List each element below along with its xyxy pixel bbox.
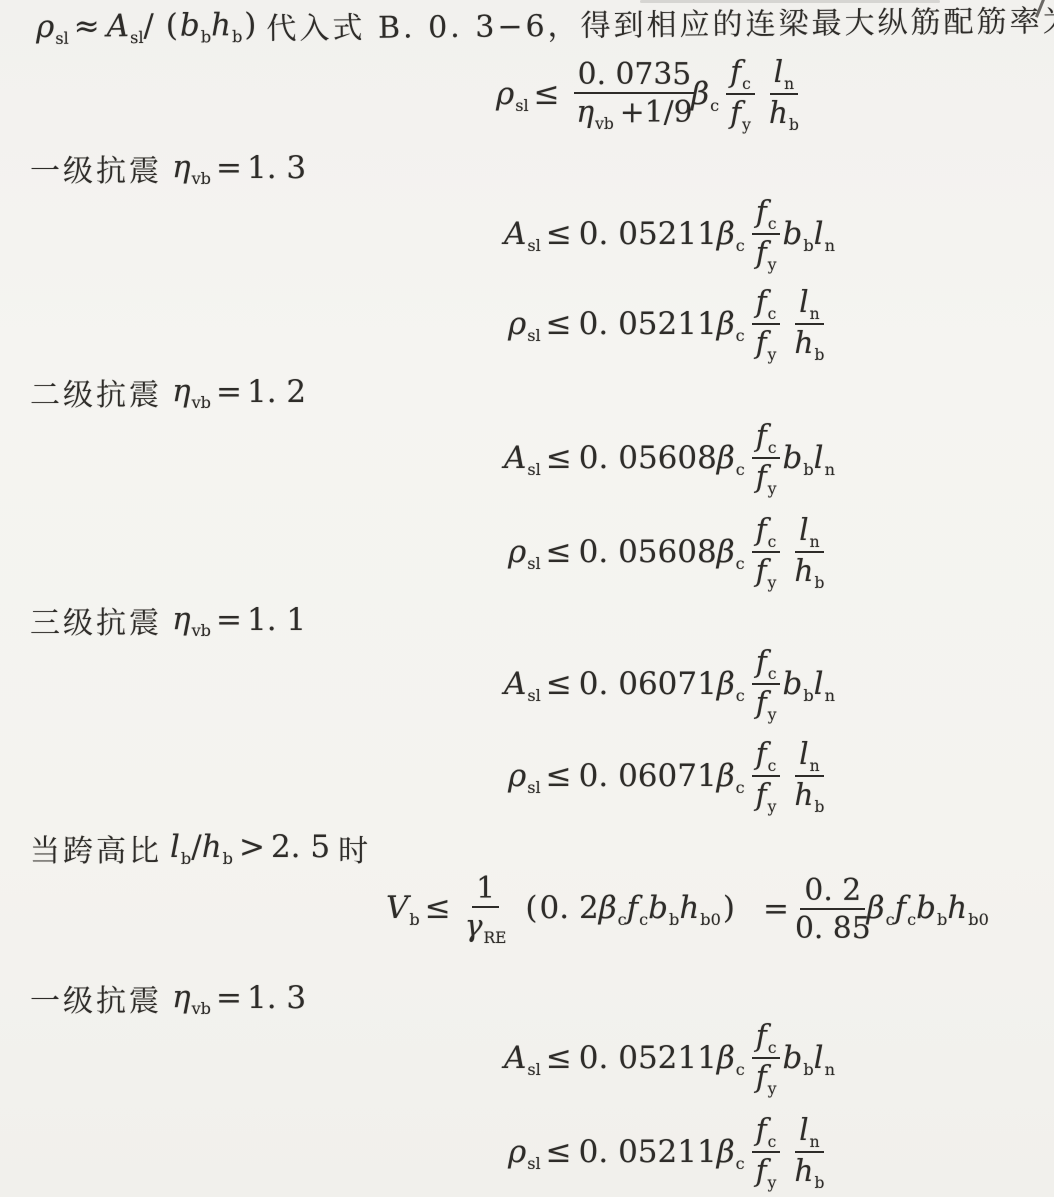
equals-sign: = — [216, 150, 242, 186]
var-f: f — [756, 1019, 767, 1054]
var-A: A — [504, 1040, 526, 1076]
var-h: h — [794, 778, 813, 813]
grade-value: 1. 1 — [247, 602, 306, 638]
grade-label-4: 一级抗震 ηvb = 1. 3 — [30, 976, 306, 1020]
sub-c: c — [768, 215, 777, 233]
var-eta: η — [172, 373, 191, 409]
var-f: f — [730, 55, 741, 90]
sub-y: y — [768, 480, 777, 498]
var-b: b — [782, 216, 802, 252]
condition-tail-text: 时 — [338, 826, 371, 870]
approx-sign: ≈ — [73, 8, 99, 44]
sub-c: c — [768, 305, 777, 323]
leq-sign: ≤ — [546, 306, 572, 342]
var-b: b — [782, 666, 802, 702]
var-beta: β — [599, 890, 617, 926]
sub-b: b — [201, 27, 211, 46]
leq-sign: ≤ — [546, 440, 572, 476]
sub-sl: sl — [527, 236, 540, 255]
grade-label-2: 二级抗震 ηvb = 1. 2 — [30, 370, 306, 414]
frac-num-fc: fc — [752, 420, 781, 459]
var-A: A — [504, 666, 526, 702]
sub-c: c — [736, 554, 745, 573]
var-l: l — [799, 513, 809, 548]
var-beta: β — [717, 306, 735, 342]
sub-c: c — [710, 96, 719, 115]
grade-label-3: 三级抗震 ηvb = 1. 1 — [30, 598, 306, 642]
frac-den-fy: fy — [756, 235, 777, 273]
var-beta: β — [717, 1040, 735, 1076]
intro-math: ρsl≈Asl/ (bbhb) — [36, 7, 259, 48]
equals-sign: = — [216, 374, 242, 410]
lhs-rho-sl: ρsl≤ — [496, 76, 567, 114]
var-rho: ρ — [508, 534, 526, 570]
lhs-rho-sl: ρsl≤0. 06071βc — [508, 758, 745, 796]
rparen: ) — [244, 7, 256, 43]
sub-c: c — [768, 757, 777, 775]
span-ratio-condition: 当跨高比 lb/hb>2. 5 时 — [30, 826, 371, 870]
frac-02-085: 0. 20. 85 — [795, 874, 871, 946]
frac-fc-fy: fcfy — [752, 1020, 781, 1098]
sub-b0: b0 — [968, 910, 989, 929]
sub-c: c — [736, 686, 745, 705]
var-eta: η — [576, 95, 594, 130]
sub-y: y — [768, 346, 777, 364]
frac-den-gammaRE: γRE — [465, 908, 507, 946]
sub-vb: vb — [192, 393, 211, 412]
formula-asl-grade2: Asl≤0. 05608βc fcfy bbln — [504, 420, 835, 498]
var-eta: η — [172, 149, 191, 185]
sub-b: b — [409, 910, 419, 929]
var-f: f — [627, 890, 638, 926]
var-eta: η — [172, 601, 191, 637]
sub-RE: RE — [483, 929, 506, 947]
sub-n: n — [810, 305, 820, 323]
var-f: f — [756, 737, 767, 772]
var-h: h — [202, 829, 222, 865]
var-h: h — [679, 890, 699, 926]
var-beta: β — [717, 666, 735, 702]
frac-den-fy: fy — [730, 95, 751, 133]
var-f: f — [756, 195, 767, 230]
leq-sign: ≤ — [546, 216, 572, 252]
sub-n: n — [784, 75, 794, 93]
lhs-V-b: Vb≤ — [386, 890, 458, 928]
var-f: f — [756, 645, 767, 680]
formula-asl-grade3: Asl≤0. 06071βc fcfy bbln — [504, 646, 835, 724]
sub-b0: b0 — [700, 910, 721, 929]
sub-c: c — [736, 326, 745, 345]
coefficient: 0. 06071 — [579, 666, 717, 702]
sub-n: n — [825, 236, 835, 255]
var-beta: β — [691, 76, 709, 112]
leq-sign: ≤ — [546, 1134, 572, 1170]
var-l: l — [799, 737, 809, 772]
frac-num-fc: fc — [752, 646, 781, 685]
lhs-rho-sl: ρsl≤0. 05211βc — [508, 306, 745, 344]
var-f: f — [756, 1060, 767, 1095]
sub-c: c — [768, 1039, 777, 1057]
coefficient: 0. 05211 — [579, 306, 717, 342]
sub-b: b — [815, 798, 825, 816]
frac-num-fc: fc — [726, 56, 755, 95]
sub-c: c — [768, 665, 777, 683]
sub-sl: sl — [527, 778, 540, 797]
leq-sign: ≤ — [425, 890, 451, 926]
grade-value: 1. 3 — [247, 980, 306, 1016]
sub-n: n — [810, 533, 820, 551]
sub-b: b — [815, 574, 825, 592]
frac-num-fc: fc — [752, 286, 781, 325]
eta-vb: ηvb — [172, 979, 211, 1017]
frac-den-085: 0. 85 — [795, 910, 871, 945]
sub-y: y — [768, 706, 777, 724]
coefficient: 0. 06071 — [579, 758, 717, 794]
leq-sign: ≤ — [546, 666, 572, 702]
slash-sign: / — [191, 829, 201, 865]
sub-c: c — [768, 533, 777, 551]
var-beta: β — [867, 890, 885, 926]
frac-1-gammaRE: 1γRE — [465, 872, 507, 947]
lparen: ( — [525, 890, 537, 926]
var-l: l — [799, 285, 809, 320]
lhs-rho-sl: ρsl≤0. 05608βc — [508, 534, 745, 572]
frac-ln-hb: lnhb — [794, 514, 824, 592]
var-f: f — [756, 460, 767, 495]
frac-den-fy: fy — [756, 459, 777, 497]
sub-n: n — [825, 686, 835, 705]
frac-num-ln: ln — [795, 1114, 823, 1153]
var-l: l — [814, 440, 824, 476]
var-A: A — [106, 8, 129, 44]
frac-num-one: 1 — [472, 872, 499, 908]
rhs-bb-ln: bbln — [782, 216, 834, 254]
var-A: A — [504, 440, 526, 476]
slash-sign: / — [143, 8, 154, 44]
frac-fc-fy: fcfy — [752, 514, 781, 592]
coefficient: 0. 05211 — [579, 1040, 717, 1076]
document-page: ρsl≈Asl/ (bbhb) 代入式 B. 0. 3−6，得到相应的连梁最大纵… — [0, 0, 1054, 1197]
var-b: b — [180, 7, 200, 43]
sub-y: y — [768, 1174, 777, 1192]
sub-b: b — [815, 346, 825, 364]
var-beta: β — [717, 534, 735, 570]
sub-sl: sl — [527, 686, 540, 705]
formula-rho-max: ρsl≤ 0. 0735 ηvb+1/9 βc fcfy lnhb — [496, 56, 806, 134]
leq-sign: ≤ — [534, 76, 560, 112]
frac-fc-fy: fcfy — [752, 738, 781, 816]
frac-fc-fy: fcfy — [752, 1114, 781, 1192]
frac-num-ln: ln — [795, 286, 823, 325]
var-f: f — [756, 1113, 767, 1148]
condition-value: 2. 5 — [271, 829, 330, 865]
sub-n: n — [810, 757, 820, 775]
var-h: h — [947, 890, 967, 926]
sub-c: c — [736, 778, 745, 797]
sub-sl: sl — [527, 460, 540, 479]
frac-num-ln: ln — [770, 56, 798, 95]
sub-y: y — [742, 116, 751, 134]
sub-sl: sl — [527, 554, 540, 573]
grade-value: 1. 2 — [247, 374, 306, 410]
var-rho: ρ — [36, 9, 55, 45]
sub-b: b — [803, 236, 813, 255]
frac-ln-hb: lnhb — [794, 1114, 824, 1192]
rhs-bb-ln: bbln — [782, 1040, 834, 1078]
sub-y: y — [768, 1080, 777, 1098]
frac-fc-fy: fcfy — [752, 196, 781, 274]
frac-fc-fy: fcfy — [752, 646, 781, 724]
sub-sl: sl — [527, 1060, 540, 1079]
sub-sl: sl — [55, 29, 69, 48]
formula-vb-shear: Vb≤ 1γRE (0. 2βcfcbbhb0) = 0. 20. 85 βcf… — [386, 872, 989, 947]
sub-b: b — [803, 1060, 813, 1079]
var-f: f — [756, 1154, 767, 1189]
formula-rho-grade1-repeat: ρsl≤0. 05211βc fcfy lnhb — [508, 1114, 831, 1192]
frac-fc-fy: fcfy — [752, 420, 781, 498]
sub-sl: sl — [527, 1154, 540, 1173]
frac-den-hb: hb — [794, 553, 824, 591]
sub-c: c — [907, 910, 916, 929]
frac-den-fy: fy — [756, 325, 777, 363]
frac-den-fy: fy — [756, 1153, 777, 1191]
grade-label-1: 一级抗震 ηvb = 1. 3 — [30, 146, 306, 190]
var-A: A — [504, 216, 526, 252]
lhs-A-sl: Asl≤0. 05211βc — [504, 1040, 745, 1078]
sub-sl: sl — [515, 96, 528, 115]
frac-den-hb: hb — [794, 1153, 824, 1191]
var-h: h — [794, 554, 813, 589]
frac-num-fc: fc — [752, 738, 781, 777]
formula-asl-grade1-repeat: Asl≤0. 05211βc fcfy bbln — [504, 1020, 835, 1098]
coefficient: 0. 05211 — [579, 1134, 717, 1170]
sub-sl: sl — [130, 28, 144, 47]
leq-sign: ≤ — [546, 534, 572, 570]
grade-text: 二级抗震 — [30, 370, 162, 414]
var-f: f — [730, 96, 741, 131]
var-rho: ρ — [508, 1134, 526, 1170]
condition-math: lb/hb>2. 5 — [170, 829, 330, 867]
var-l: l — [814, 666, 824, 702]
sub-b: b — [803, 460, 813, 479]
paren-coefficient: 0. 2 — [540, 890, 599, 926]
sub-b: b — [789, 116, 799, 134]
frac-num-fc: fc — [752, 1114, 781, 1153]
var-f: f — [756, 554, 767, 589]
var-b: b — [782, 1040, 802, 1076]
var-b: b — [648, 890, 668, 926]
var-beta: β — [717, 440, 735, 476]
coefficient: 0. 05211 — [579, 216, 717, 252]
grade-text: 三级抗震 — [30, 598, 162, 642]
sub-y: y — [768, 256, 777, 274]
var-h: h — [794, 1154, 813, 1189]
var-f: f — [756, 326, 767, 361]
frac-num-ln: ln — [795, 514, 823, 553]
frac-den-fy: fy — [756, 1059, 777, 1097]
var-l: l — [774, 55, 784, 90]
frac-num-02: 0. 2 — [800, 874, 865, 910]
var-f: f — [756, 778, 767, 813]
var-beta: β — [717, 758, 735, 794]
frac-den-hb: hb — [794, 777, 824, 815]
intro-line: ρsl≈Asl/ (bbhb) 代入式 B. 0. 3−6，得到相应的连梁最大纵… — [36, 0, 1054, 50]
var-b: b — [916, 890, 936, 926]
var-rho: ρ — [508, 306, 526, 342]
var-h: h — [794, 326, 813, 361]
frac-ln-hb: lnhb — [794, 738, 824, 816]
frac-den-fy: fy — [756, 553, 777, 591]
formula-rho-grade1: ρsl≤0. 05211βc fcfy lnhb — [508, 286, 831, 364]
rhs-term: βcfcbbhb0 — [867, 890, 989, 928]
sub-c: c — [768, 1133, 777, 1151]
leq-sign: ≤ — [546, 758, 572, 794]
var-l: l — [814, 1040, 824, 1076]
formula-rho-grade2: ρsl≤0. 05608βc fcfy lnhb — [508, 514, 831, 592]
eta-vb: ηvb — [172, 149, 211, 187]
var-f: f — [895, 890, 906, 926]
frac-num-ln: ln — [795, 738, 823, 777]
frac-fc-fy: fcfy — [726, 56, 755, 134]
grade-value: 1. 3 — [247, 150, 306, 186]
sub-b: b — [815, 1174, 825, 1192]
sub-n: n — [825, 460, 835, 479]
var-l: l — [814, 216, 824, 252]
lhs-A-sl: Asl≤0. 05211βc — [504, 216, 745, 254]
rhs-bb-ln: bbln — [782, 666, 834, 704]
frac-ln-hb: lnhb — [794, 286, 824, 364]
frac-coefficient: 0. 0735 ηvb+1/9 — [574, 58, 696, 133]
sub-y: y — [768, 574, 777, 592]
sub-sl: sl — [527, 326, 540, 345]
var-V: V — [386, 890, 408, 926]
sub-vb: vb — [192, 621, 211, 640]
leq-sign: ≤ — [546, 1040, 572, 1076]
sub-c: c — [736, 1060, 745, 1079]
sub-b: b — [223, 849, 233, 868]
var-h: h — [211, 7, 231, 43]
grade-text: 一级抗震 — [30, 146, 162, 190]
coefficient: 0. 05608 — [579, 440, 717, 476]
formula-rho-grade3: ρsl≤0. 06071βc fcfy lnhb — [508, 738, 831, 816]
sub-vb: vb — [192, 169, 211, 188]
grade-text: 一级抗震 — [30, 976, 162, 1020]
var-f: f — [756, 236, 767, 271]
rparen: ) — [723, 890, 735, 926]
var-f: f — [756, 686, 767, 721]
frac-num-fc: fc — [752, 514, 781, 553]
sub-b: b — [232, 27, 242, 46]
sub-b: b — [803, 686, 813, 705]
lhs-rho-sl: ρsl≤0. 05211βc — [508, 1134, 745, 1172]
plus-term: +1/9 — [620, 95, 693, 130]
paren-term: (0. 2βcfcbbhb0) — [523, 890, 737, 928]
var-gamma: γ — [465, 909, 483, 944]
sub-c: c — [768, 439, 777, 457]
eta-vb: ηvb — [172, 373, 211, 411]
beta-c: βc — [691, 76, 719, 114]
var-h: h — [769, 96, 788, 131]
frac-num-fc: fc — [752, 196, 781, 235]
rhs-bb-ln: bbln — [782, 440, 834, 478]
sub-b: b — [181, 849, 191, 868]
var-b: b — [782, 440, 802, 476]
sub-vb: vb — [192, 999, 211, 1018]
sub-c: c — [639, 910, 648, 929]
var-l: l — [170, 829, 180, 865]
var-rho: ρ — [496, 76, 514, 112]
condition-lead-text: 当跨高比 — [30, 826, 162, 870]
equals-sign: = — [763, 891, 789, 927]
var-f: f — [756, 419, 767, 454]
var-beta: β — [717, 216, 735, 252]
sub-c: c — [618, 910, 627, 929]
sub-n: n — [825, 1060, 835, 1079]
intro-text: 代入式 B. 0. 3−6，得到相应的连梁最大纵筋配筋率为 — [266, 0, 1054, 48]
frac-denominator: ηvb+1/9 — [576, 94, 692, 132]
sub-c: c — [736, 236, 745, 255]
var-rho: ρ — [508, 758, 526, 794]
var-f: f — [756, 513, 767, 548]
sub-y: y — [768, 798, 777, 816]
eta-vb: ηvb — [172, 601, 211, 639]
lhs-A-sl: Asl≤0. 05608βc — [504, 440, 745, 478]
sub-c: c — [736, 460, 745, 479]
frac-ln-hb: lnhb — [769, 56, 799, 134]
sub-vb: vb — [595, 115, 614, 133]
coefficient: 0. 05608 — [579, 534, 717, 570]
frac-numerator: 0. 0735 — [574, 58, 696, 94]
lhs-A-sl: Asl≤0. 06071βc — [504, 666, 745, 704]
sub-c: c — [736, 1154, 745, 1173]
var-eta: η — [172, 979, 191, 1015]
equals-sign: = — [216, 602, 242, 638]
var-l: l — [799, 1113, 809, 1148]
frac-den-fy: fy — [756, 777, 777, 815]
sub-n: n — [810, 1133, 820, 1151]
formula-asl-grade1: Asl≤0. 05211βc fcfy bbln — [504, 196, 835, 274]
frac-den-fy: fy — [756, 685, 777, 723]
sub-b: b — [937, 910, 947, 929]
var-beta: β — [717, 1134, 735, 1170]
frac-num-fc: fc — [752, 1020, 781, 1059]
gt-sign: > — [239, 829, 265, 865]
sub-c: c — [742, 75, 751, 93]
sub-c: c — [886, 910, 895, 929]
frac-den-hb: hb — [794, 325, 824, 363]
lparen: ( — [166, 7, 178, 43]
frac-den-hb: hb — [769, 95, 799, 133]
frac-fc-fy: fcfy — [752, 286, 781, 364]
sub-b: b — [669, 910, 679, 929]
var-f: f — [756, 285, 767, 320]
equals-sign: = — [216, 980, 242, 1016]
